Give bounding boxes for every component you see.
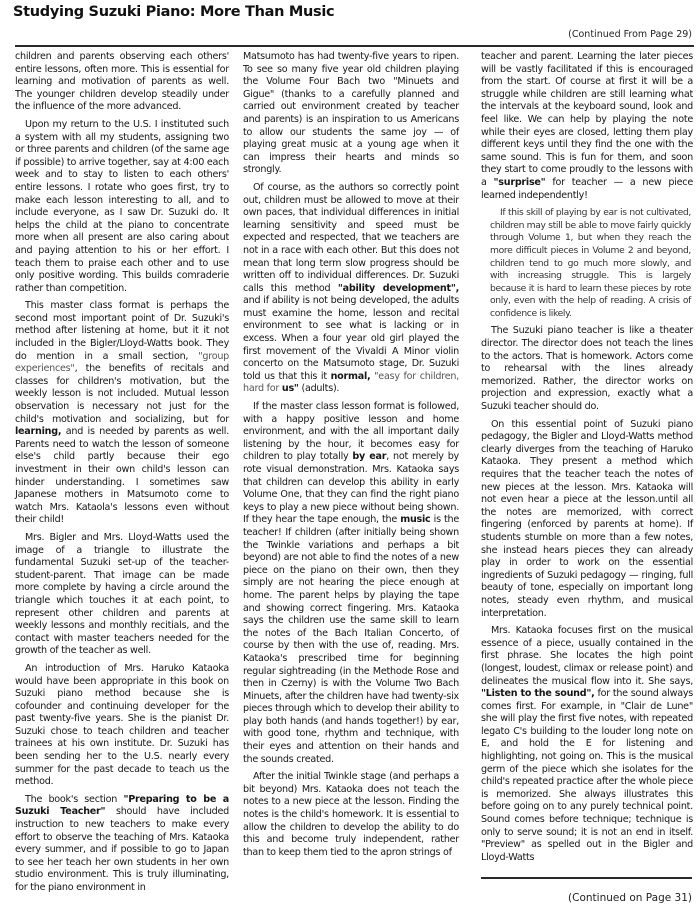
column-left: children and parents observing each othe… [15,51,229,900]
bold-text: "ability development", [338,283,459,294]
article-title: Studying Suzuki Piano: More Than Music [13,4,334,20]
bottom-divider [481,877,692,879]
paragraph: This master class format is perhaps the … [15,300,229,527]
bold-text: by ear [352,451,386,462]
text-run: for the sound always comes first. For ex… [481,688,693,863]
paragraph: On this essential point of Suzuki piano … [481,419,693,621]
paragraph: children and parents observing each othe… [15,51,229,114]
paragraph: Of course, as the authors so correctly p… [243,182,459,396]
column-right: teacher and parent. Learning the later p… [481,51,693,869]
bold-text: "surprise" [494,177,546,188]
text-run: and is needed by parents as well. Parent… [15,426,229,525]
paragraph: Upon my return to the U.S. I instituted … [15,119,229,295]
text-run: Mrs. Kataoka focuses first on the musica… [481,625,693,686]
text-run: should have included instruction to new … [15,806,229,893]
paragraph: An introduction of Mrs. Haruko Kataoka w… [15,663,229,789]
top-divider [15,45,694,47]
paragraph: The book's section "Preparing to be a Su… [15,794,229,895]
continued-from-note: (Continued From Page 29) [568,29,692,40]
bold-text: us" [282,383,299,394]
text-run: This master class format is perhaps the … [15,300,229,361]
text-run: (adults). [299,383,340,394]
continued-on-note: (Continued on Page 31) [568,892,692,904]
paragraph: If the master class lesson format is fol… [243,401,459,766]
inset-paragraph: If this skill of playing by ear is not c… [490,207,691,320]
text-run: Of course, as the authors so correctly p… [243,182,459,294]
text-run: and if ability is not being developed, t… [243,295,459,382]
paragraph: teacher and parent. Learning the later p… [481,51,693,202]
bold-text: "Listen to the sound", [481,688,595,699]
text-run: is the teacher! If children (after initi… [243,514,459,764]
text-run: teacher and parent. Learning the later p… [481,51,693,188]
column-middle: Matsumoto has had twenty-five years to r… [243,51,459,864]
bold-text: normal, [331,371,371,382]
paragraph: Matsumoto has had twenty-five years to r… [243,51,459,177]
bold-text: music [400,514,430,525]
paragraph: Mrs. Kataoka focuses first on the musica… [481,625,693,864]
bold-text: learning, [15,426,61,437]
paragraph: The Suzuki piano teacher is like a theat… [481,325,693,413]
paragraph: Mrs. Bigler and Mrs. Lloyd-Watts used th… [15,532,229,658]
paragraph: After the initial Twinkle stage (and per… [243,771,459,859]
text-run: The book's section [25,794,123,805]
